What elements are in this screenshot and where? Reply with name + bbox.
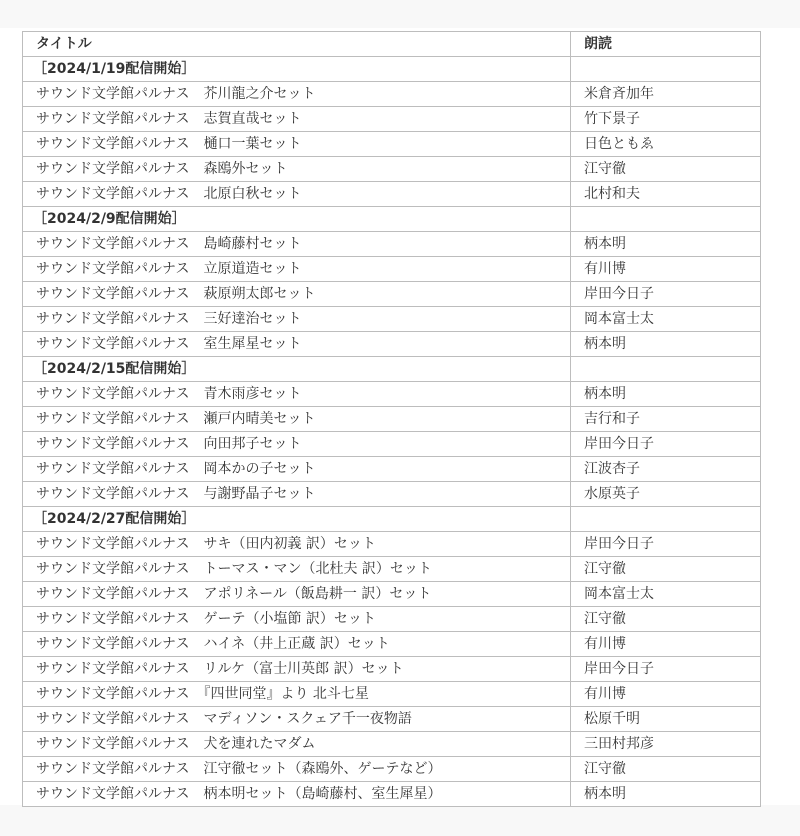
table-row: サウンド文学館パルナス 島崎藤村セット柄本明 (23, 232, 761, 257)
table-row: サウンド文学館パルナス 向田邦子セット岸田今日子 (23, 432, 761, 457)
reader-cell: 岸田今日子 (571, 432, 761, 457)
reader-cell: 三田村邦彦 (571, 732, 761, 757)
title-cell: サウンド文学館パルナス 向田邦子セット (23, 432, 571, 457)
section-header-empty-cell (571, 357, 761, 382)
title-cell: サウンド文学館パルナス ハイネ（井上正蔵 訳）セット (23, 632, 571, 657)
reader-cell: 江波杏子 (571, 457, 761, 482)
title-cell: サウンド文学館パルナス トーマス・マン（北杜夫 訳）セット (23, 557, 571, 582)
table-row: サウンド文学館パルナス 室生犀星セット柄本明 (23, 332, 761, 357)
table-row: サウンド文学館パルナス 芥川龍之介セット米倉斉加年 (23, 82, 761, 107)
title-cell: サウンド文学館パルナス マディソン・スクェア千一夜物語 (23, 707, 571, 732)
section-header-label: ［2024/1/19配信開始］ (23, 57, 571, 82)
title-cell: サウンド文学館パルナス 青木雨彦セット (23, 382, 571, 407)
title-cell: サウンド文学館パルナス 江守徹セット（森鴎外、ゲーテなど） (23, 757, 571, 782)
table-row: サウンド文学館パルナス 樋口一葉セット日色ともゑ (23, 132, 761, 157)
title-cell: サウンド文学館パルナス サキ（田内初義 訳）セット (23, 532, 571, 557)
table-row: サウンド文学館パルナス 江守徹セット（森鴎外、ゲーテなど）江守徹 (23, 757, 761, 782)
audio-title-table: タイトル 朗読 ［2024/1/19配信開始］サウンド文学館パルナス 芥川龍之介… (22, 31, 761, 807)
title-cell: サウンド文学館パルナス 与謝野晶子セット (23, 482, 571, 507)
title-cell: サウンド文学館パルナス 島崎藤村セット (23, 232, 571, 257)
reader-cell: 岸田今日子 (571, 282, 761, 307)
reader-cell: 有川博 (571, 257, 761, 282)
reader-cell: 岡本富士太 (571, 582, 761, 607)
table-row: サウンド文学館パルナス 立原道造セット有川博 (23, 257, 761, 282)
reader-cell: 岸田今日子 (571, 657, 761, 682)
reader-cell: 水原英子 (571, 482, 761, 507)
table-row: サウンド文学館パルナス トーマス・マン（北杜夫 訳）セット江守徹 (23, 557, 761, 582)
title-cell: サウンド文学館パルナス 瀬戸内晴美セット (23, 407, 571, 432)
section-header-row: ［2024/2/9配信開始］ (23, 207, 761, 232)
reader-cell: 吉行和子 (571, 407, 761, 432)
title-cell: サウンド文学館パルナス アポリネール（飯島耕一 訳）セット (23, 582, 571, 607)
reader-cell: 日色ともゑ (571, 132, 761, 157)
reader-cell: 柄本明 (571, 232, 761, 257)
table-row: サウンド文学館パルナス ハイネ（井上正蔵 訳）セット有川博 (23, 632, 761, 657)
section-header-empty-cell (571, 57, 761, 82)
table-row: サウンド文学館パルナス 青木雨彦セット柄本明 (23, 382, 761, 407)
table-row: サウンド文学館パルナス リルケ（富士川英郎 訳）セット岸田今日子 (23, 657, 761, 682)
table-row: サウンド文学館パルナス 犬を連れたマダム三田村邦彦 (23, 732, 761, 757)
reader-cell: 有川博 (571, 632, 761, 657)
title-cell: サウンド文学館パルナス 室生犀星セット (23, 332, 571, 357)
table-row: サウンド文学館パルナス 与謝野晶子セット水原英子 (23, 482, 761, 507)
table-row: サウンド文学館パルナス 志賀直哉セット竹下景子 (23, 107, 761, 132)
title-cell: サウンド文学館パルナス 北原白秋セット (23, 182, 571, 207)
table-row: サウンド文学館パルナス サキ（田内初義 訳）セット岸田今日子 (23, 532, 761, 557)
table-row: サウンド文学館パルナス 森鴎外セット江守徹 (23, 157, 761, 182)
title-cell: サウンド文学館パルナス 萩原朔太郎セット (23, 282, 571, 307)
title-cell: サウンド文学館パルナス 樋口一葉セット (23, 132, 571, 157)
table-row: サウンド文学館パルナス ゲーテ（小塩節 訳）セット江守徹 (23, 607, 761, 632)
reader-cell: 江守徹 (571, 557, 761, 582)
title-cell: サウンド文学館パルナス 立原道造セット (23, 257, 571, 282)
title-cell: サウンド文学館パルナス リルケ（富士川英郎 訳）セット (23, 657, 571, 682)
reader-cell: 岡本富士太 (571, 307, 761, 332)
section-header-label: ［2024/2/27配信開始］ (23, 507, 571, 532)
page-bottom-strip (0, 805, 800, 836)
table-row: サウンド文学館パルナス 三好達治セット岡本富士太 (23, 307, 761, 332)
table-row: サウンド文学館パルナス 岡本かの子セット江波杏子 (23, 457, 761, 482)
section-header-label: ［2024/2/15配信開始］ (23, 357, 571, 382)
table-row: サウンド文学館パルナス 北原白秋セット北村和夫 (23, 182, 761, 207)
section-header-row: ［2024/2/15配信開始］ (23, 357, 761, 382)
reader-cell: 柄本明 (571, 782, 761, 807)
reader-cell: 柄本明 (571, 332, 761, 357)
title-cell: サウンド文学館パルナス 柄本明セット（島崎藤村、室生犀星） (23, 782, 571, 807)
title-cell: サウンド文学館パルナス 芥川龍之介セット (23, 82, 571, 107)
reader-cell: 米倉斉加年 (571, 82, 761, 107)
title-cell: サウンド文学館パルナス ゲーテ（小塩節 訳）セット (23, 607, 571, 632)
table-row: サウンド文学館パルナス 萩原朔太郎セット岸田今日子 (23, 282, 761, 307)
column-header-title: タイトル (23, 32, 571, 57)
reader-cell: 北村和夫 (571, 182, 761, 207)
table-body: ［2024/1/19配信開始］サウンド文学館パルナス 芥川龍之介セット米倉斉加年… (23, 57, 761, 807)
page: タイトル 朗読 ［2024/1/19配信開始］サウンド文学館パルナス 芥川龍之介… (0, 0, 800, 836)
title-cell: サウンド文学館パルナス 犬を連れたマダム (23, 732, 571, 757)
table-header-row: タイトル 朗読 (23, 32, 761, 57)
reader-cell: 柄本明 (571, 382, 761, 407)
section-header-row: ［2024/1/19配信開始］ (23, 57, 761, 82)
section-header-label: ［2024/2/9配信開始］ (23, 207, 571, 232)
reader-cell: 竹下景子 (571, 107, 761, 132)
page-top-strip (0, 0, 800, 28)
table-row: サウンド文学館パルナス 柄本明セット（島崎藤村、室生犀星）柄本明 (23, 782, 761, 807)
section-header-empty-cell (571, 207, 761, 232)
column-header-reader: 朗読 (571, 32, 761, 57)
title-cell: サウンド文学館パルナス 岡本かの子セット (23, 457, 571, 482)
table-row: サウンド文学館パルナス 瀬戸内晴美セット吉行和子 (23, 407, 761, 432)
reader-cell: 江守徹 (571, 757, 761, 782)
title-cell: サウンド文学館パルナス 『四世同堂』より 北斗七星 (23, 682, 571, 707)
title-cell: サウンド文学館パルナス 森鴎外セット (23, 157, 571, 182)
reader-cell: 岸田今日子 (571, 532, 761, 557)
table-row: サウンド文学館パルナス アポリネール（飯島耕一 訳）セット岡本富士太 (23, 582, 761, 607)
reader-cell: 有川博 (571, 682, 761, 707)
reader-cell: 江守徹 (571, 157, 761, 182)
title-cell: サウンド文学館パルナス 志賀直哉セット (23, 107, 571, 132)
reader-cell: 江守徹 (571, 607, 761, 632)
section-header-empty-cell (571, 507, 761, 532)
reader-cell: 松原千明 (571, 707, 761, 732)
table-row: サウンド文学館パルナス マディソン・スクェア千一夜物語松原千明 (23, 707, 761, 732)
table-row: サウンド文学館パルナス 『四世同堂』より 北斗七星有川博 (23, 682, 761, 707)
title-cell: サウンド文学館パルナス 三好達治セット (23, 307, 571, 332)
section-header-row: ［2024/2/27配信開始］ (23, 507, 761, 532)
